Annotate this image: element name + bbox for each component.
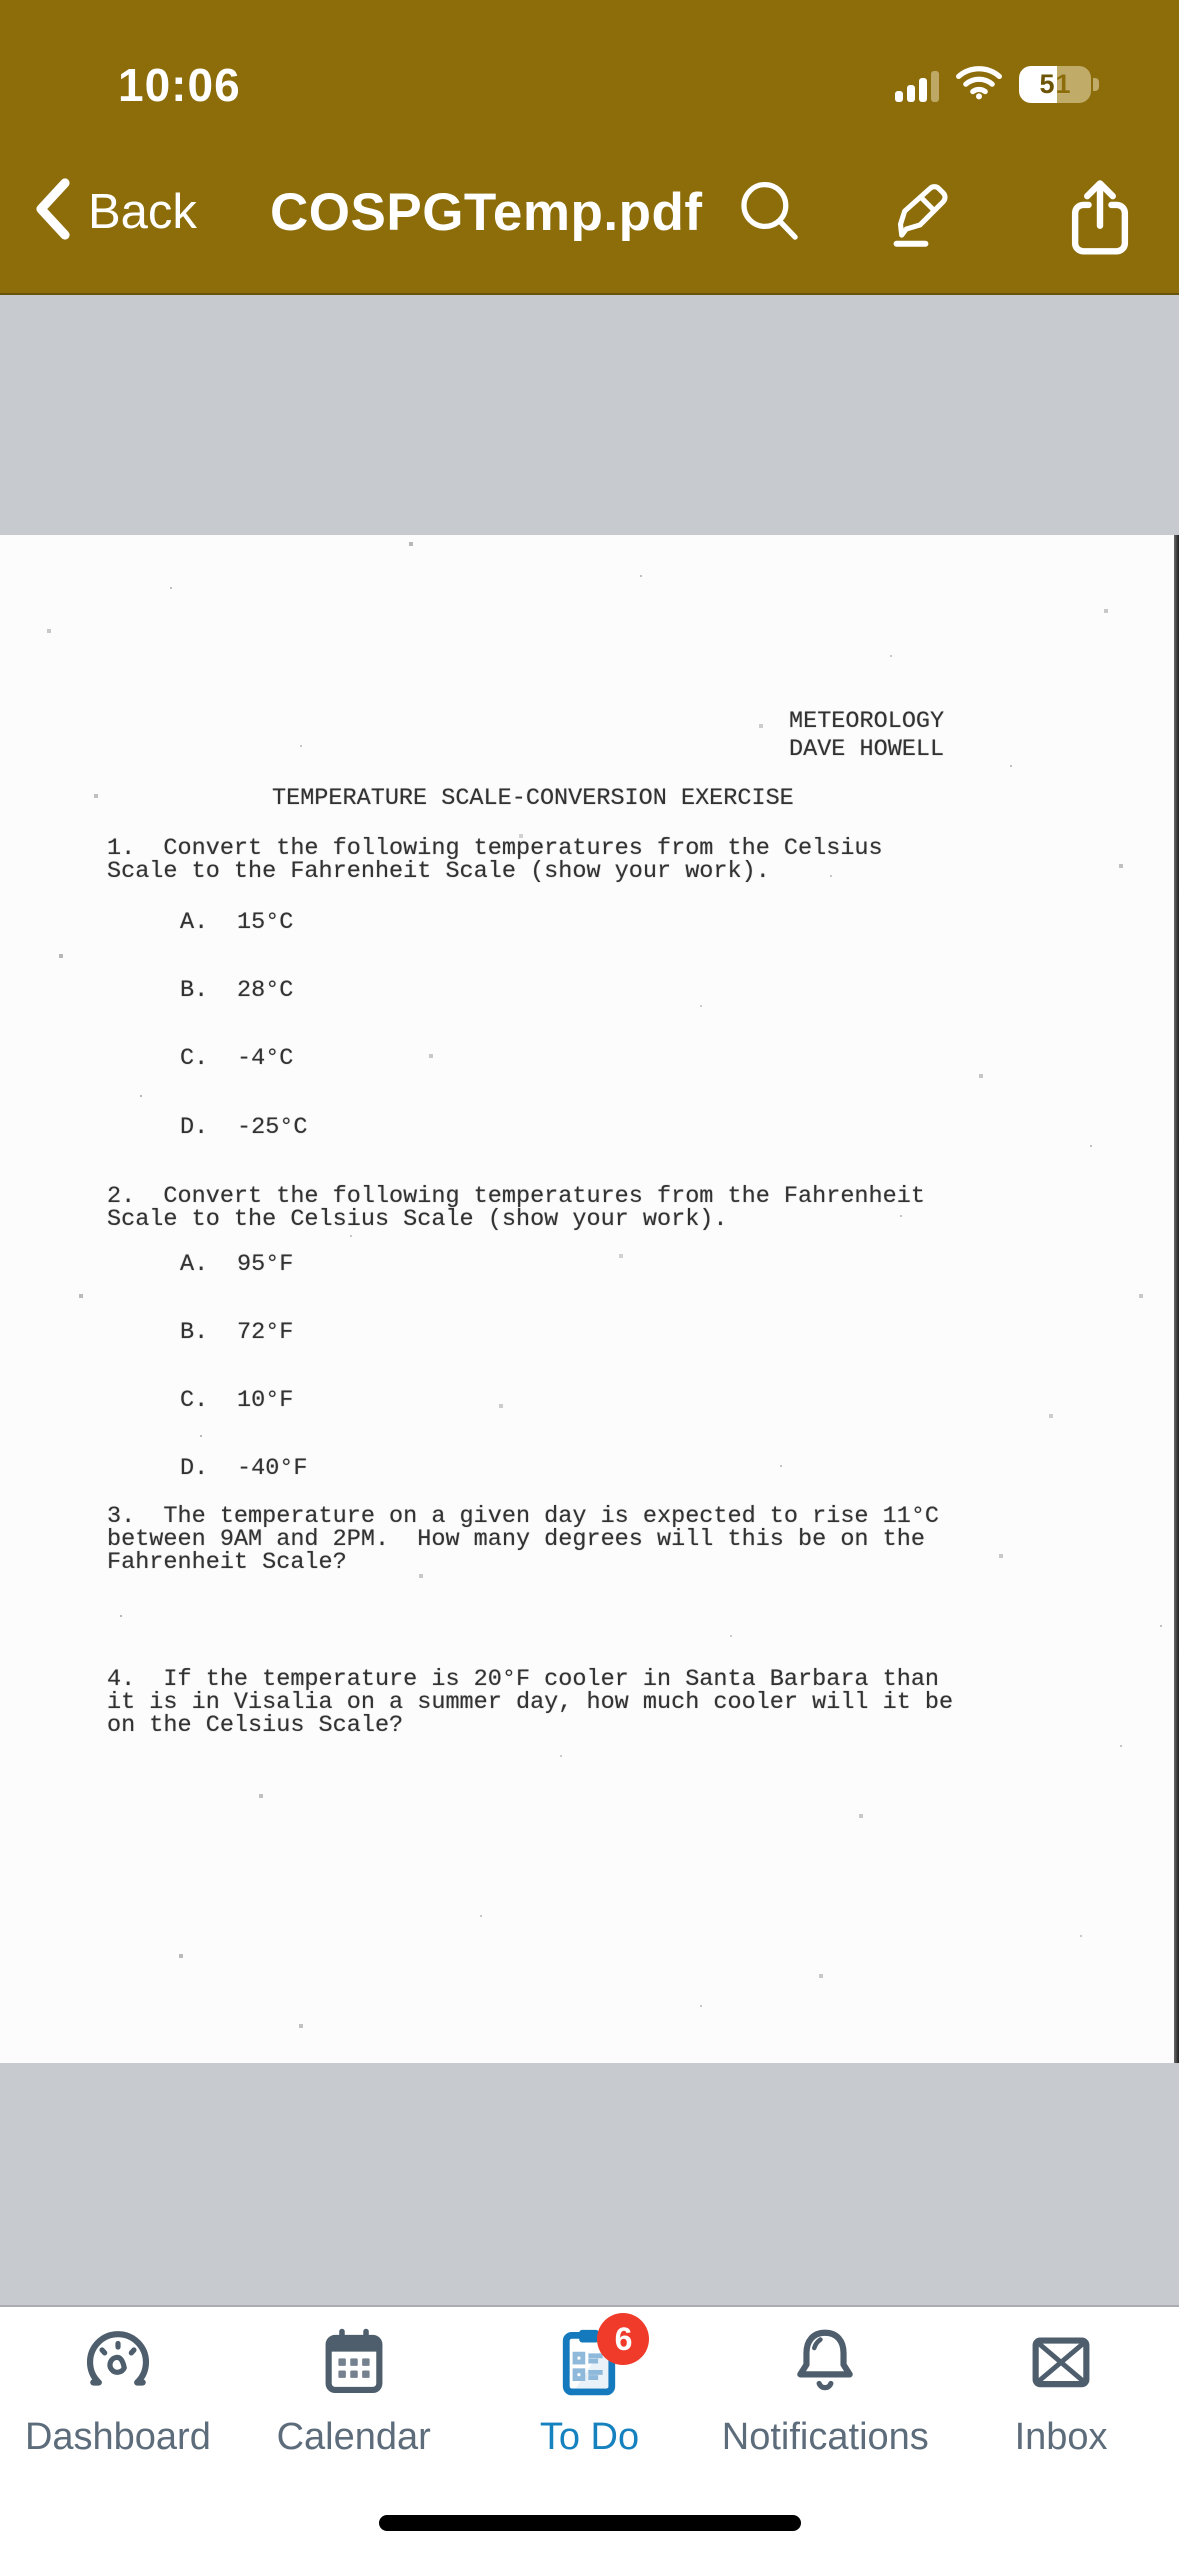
doc-q1-option-d: D.-25°C	[180, 1116, 308, 1140]
doc-q3-line3: Fahrenheit Scale?	[107, 1551, 347, 1575]
status-time: 10:06	[118, 58, 241, 112]
app-header: 10:06 51	[0, 0, 1179, 295]
inbox-envelope-icon	[1022, 2323, 1100, 2406]
document-title: COSPGTemp.pdf	[270, 182, 702, 243]
battery-digit-2: 1	[1056, 69, 1071, 100]
calendar-icon	[315, 2323, 393, 2406]
doc-instructor-line: DAVE HOWELL	[789, 738, 944, 762]
cellular-signal-icon	[895, 68, 939, 102]
doc-q2-option-c: C.10°F	[180, 1389, 293, 1413]
doc-q2-option-d: D.-40°F	[180, 1457, 308, 1481]
tab-inbox[interactable]: Inbox	[943, 2307, 1179, 2459]
markup-pencil-button[interactable]	[884, 176, 962, 259]
back-label: Back	[88, 184, 197, 240]
notifications-bell-icon	[786, 2323, 864, 2406]
tab-label-inbox: Inbox	[1015, 2416, 1108, 2459]
nav-bar: Back COSPGTemp.pdf	[0, 168, 1179, 264]
tab-label-dashboard: Dashboard	[25, 2416, 211, 2459]
back-button[interactable]: Back	[34, 178, 197, 245]
scan-page-edge	[1174, 535, 1179, 2063]
phone-screen: 10:06 51	[0, 0, 1179, 2556]
pdf-page: METEOROLOGY DAVE HOWELL TEMPERATURE SCAL…	[0, 535, 1179, 2063]
battery-digit-1: 5	[1039, 69, 1054, 100]
doc-q4-line3: on the Celsius Scale?	[107, 1714, 403, 1738]
status-icons: 51	[895, 64, 1099, 105]
todo-badge: 6	[597, 2313, 649, 2365]
chevron-left-icon	[34, 178, 72, 245]
pdf-viewport[interactable]: METEOROLOGY DAVE HOWELL TEMPERATURE SCAL…	[0, 295, 1179, 2307]
doc-q1-option-c: C.-4°C	[180, 1047, 293, 1071]
tab-label-todo: To Do	[540, 2416, 639, 2459]
wifi-icon	[955, 64, 1003, 105]
tab-label-calendar: Calendar	[277, 2416, 431, 2459]
doc-q1-line2: Scale to the Fahrenheit Scale (show your…	[107, 860, 770, 884]
home-indicator[interactable]	[379, 2515, 801, 2531]
tab-dashboard[interactable]: Dashboard	[0, 2307, 236, 2459]
tab-notifications[interactable]: Notifications	[707, 2307, 943, 2459]
doc-exercise-title: TEMPERATURE SCALE-CONVERSION EXERCISE	[272, 787, 794, 811]
doc-q2-line2: Scale to the Celsius Scale (show your wo…	[107, 1208, 728, 1232]
search-button[interactable]	[736, 176, 802, 251]
doc-q1-option-b: B.28°C	[180, 979, 293, 1003]
doc-q2-option-a: A.95°F	[180, 1253, 293, 1277]
tab-label-notifications: Notifications	[722, 2416, 929, 2459]
share-button[interactable]	[1056, 176, 1144, 265]
doc-q2-option-b: B.72°F	[180, 1321, 293, 1345]
scan-noise	[0, 535, 2, 537]
tab-calendar[interactable]: Calendar	[236, 2307, 472, 2459]
doc-q1-option-a: A.15°C	[180, 911, 293, 935]
battery-icon: 51	[1019, 66, 1099, 103]
dashboard-gauge-icon	[79, 2323, 157, 2406]
tab-todo[interactable]: 6 To Do	[472, 2307, 708, 2459]
doc-course-line: METEOROLOGY	[789, 710, 944, 734]
